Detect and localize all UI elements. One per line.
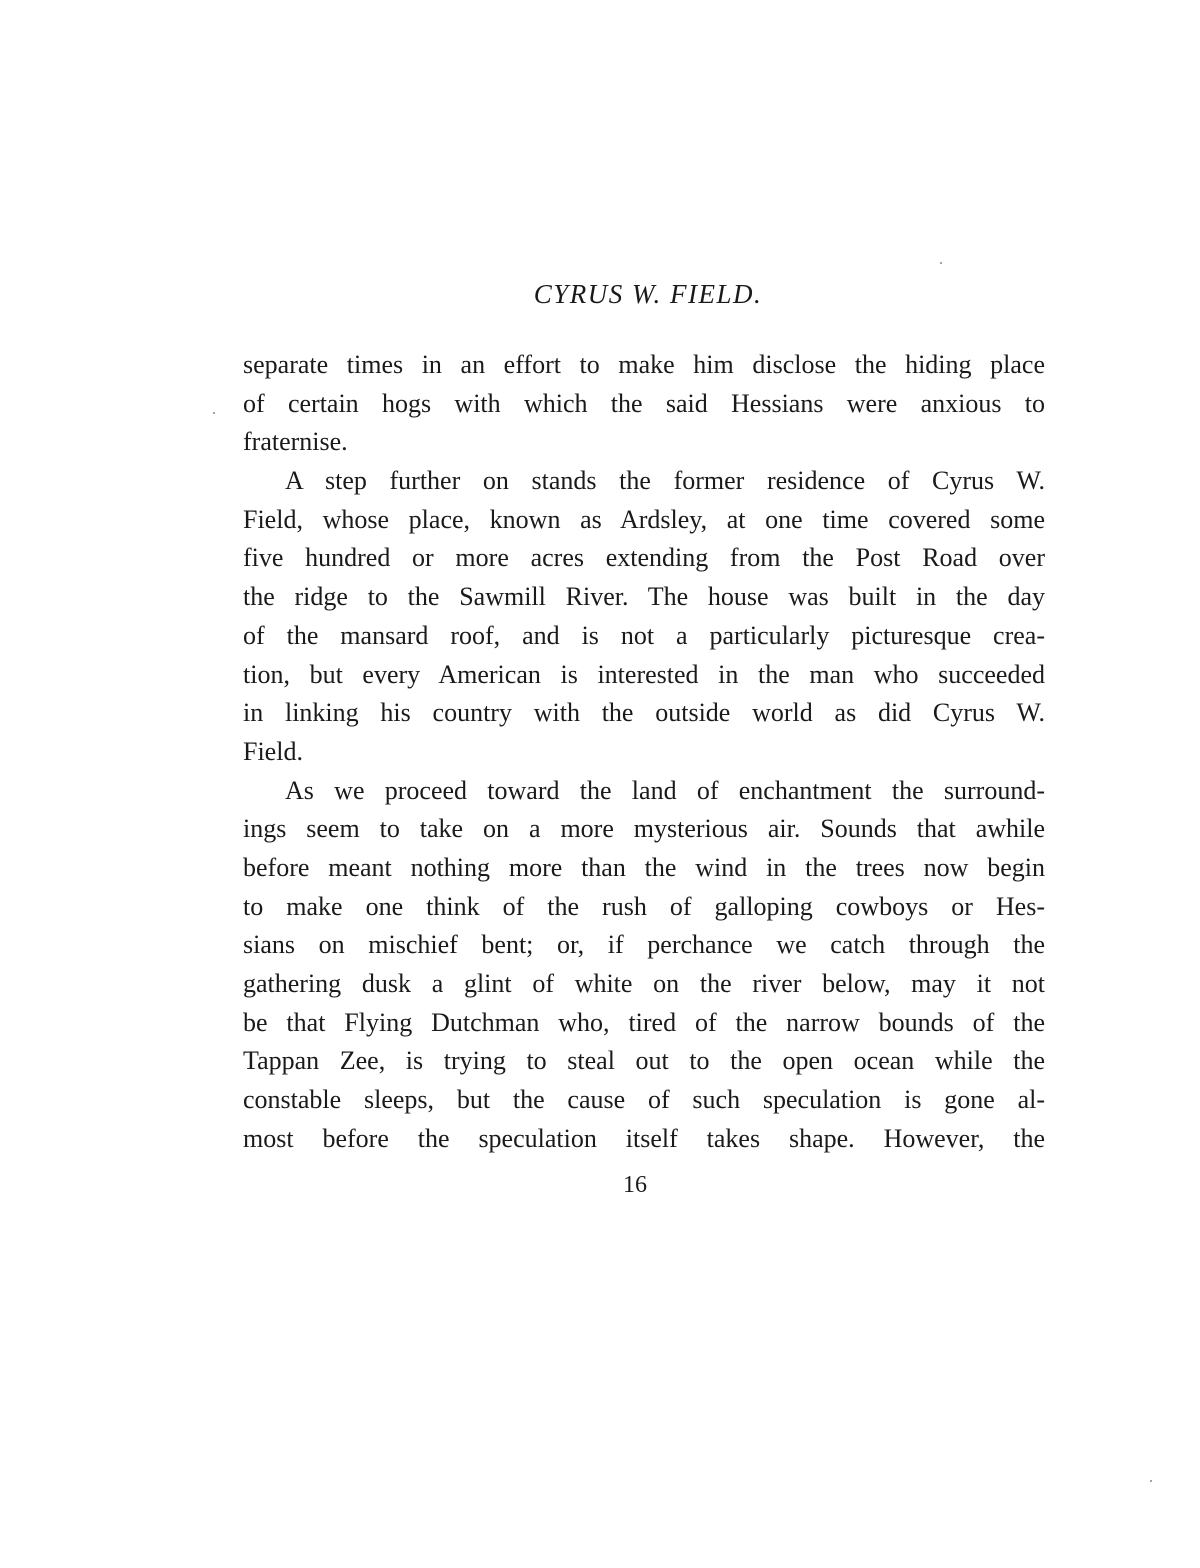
text-line: tion, but every American is interested i…: [243, 656, 1045, 695]
text-line: Tappan Zee, is trying to steal out to th…: [243, 1042, 1045, 1081]
scan-speck: [940, 262, 942, 264]
text-line: of certain hogs with which the said Hess…: [243, 385, 1045, 424]
text-line: separate times in an effort to make him …: [243, 346, 1045, 385]
scan-speck: [1150, 1480, 1152, 1482]
text-line: most before the speculation itself takes…: [243, 1120, 1045, 1159]
text-line: the ridge to the Sawmill River. The hous…: [243, 578, 1045, 617]
body-text: separate times in an effort to make him …: [243, 346, 1045, 1158]
page-number: 16: [0, 1172, 1200, 1199]
text-line: A step further on stands the former resi…: [243, 462, 1045, 501]
paragraph-1: separate times in an effort to make him …: [243, 346, 1045, 462]
scan-speck: [213, 412, 215, 414]
text-line: ings seem to take on a more mysterious a…: [243, 810, 1045, 849]
paragraph-3: As we proceed toward the land of enchant…: [243, 772, 1045, 1159]
running-head: CYRUS W. FIELD.: [0, 279, 1200, 310]
text-line: constable sleeps, but the cause of such …: [243, 1081, 1045, 1120]
text-line: of the mansard roof, and is not a partic…: [243, 617, 1045, 656]
text-line: to make one think of the rush of gallopi…: [243, 888, 1045, 927]
text-line: be that Flying Dutchman who, tired of th…: [243, 1004, 1045, 1043]
text-line: gathering dusk a glint of white on the r…: [243, 965, 1045, 1004]
paragraph-2: A step further on stands the former resi…: [243, 462, 1045, 772]
text-line: sians on mischief bent; or, if perchance…: [243, 926, 1045, 965]
text-line: before meant nothing more than the wind …: [243, 849, 1045, 888]
text-line: Field, whose place, known as Ardsley, at…: [243, 501, 1045, 540]
text-line: As we proceed toward the land of enchant…: [243, 772, 1045, 811]
book-page: CYRUS W. FIELD. separate times in an eff…: [0, 0, 1200, 1568]
text-line: five hundred or more acres extending fro…: [243, 539, 1045, 578]
text-line: in linking his country with the outside …: [243, 694, 1045, 733]
text-line: Field.: [243, 733, 1045, 772]
text-line: fraternise.: [243, 423, 1045, 462]
